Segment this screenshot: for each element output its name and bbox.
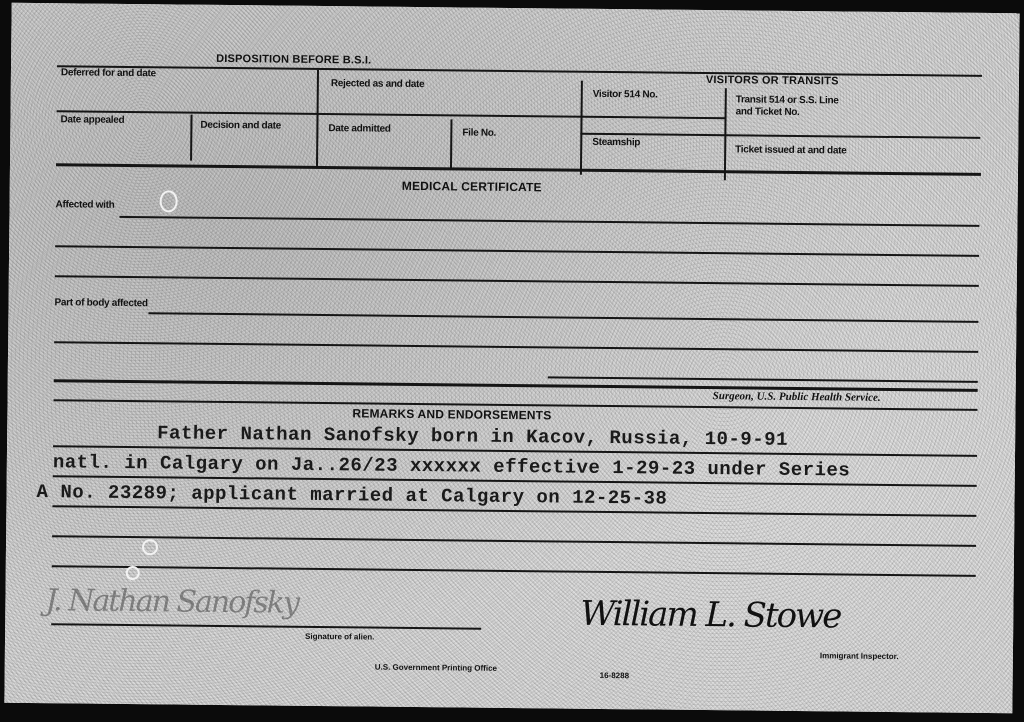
write-line bbox=[148, 312, 978, 323]
write-line bbox=[52, 535, 976, 547]
form-number: 16-8288 bbox=[600, 671, 629, 680]
ticket-label: Ticket issued at and date bbox=[735, 144, 846, 156]
surgeon-line bbox=[548, 376, 978, 383]
divider bbox=[57, 110, 727, 119]
inspector-caption: Immigrant Inspector. bbox=[820, 651, 899, 661]
punch-mark bbox=[160, 190, 178, 212]
alien-signature: J. Nathan Sanofsky bbox=[45, 583, 298, 621]
write-line bbox=[119, 216, 979, 227]
inspector-signature: William L. Stowe bbox=[580, 594, 840, 637]
part-of-body-label: Part of body affected bbox=[54, 297, 147, 309]
steamship-label: Steamship bbox=[592, 137, 640, 149]
signature-line bbox=[51, 623, 481, 630]
punch-mark bbox=[126, 566, 140, 580]
divider bbox=[57, 65, 982, 77]
decision-label: Decision and date bbox=[200, 120, 281, 132]
write-line bbox=[54, 341, 978, 353]
divider bbox=[56, 163, 981, 176]
write-line bbox=[52, 565, 976, 577]
divider bbox=[580, 133, 980, 139]
visitor-no-label: Visitor 514 No. bbox=[593, 89, 658, 101]
document-card: DISPOSITION BEFORE B.S.I. Deferred for a… bbox=[4, 3, 1019, 714]
medical-title: MEDICAL CERTIFICATE bbox=[402, 179, 542, 194]
transit-label-2: and Ticket No. bbox=[736, 106, 800, 118]
rejected-label: Rejected as and date bbox=[331, 78, 425, 90]
punch-mark bbox=[142, 539, 158, 555]
file-no-label: File No. bbox=[462, 127, 496, 138]
deferred-label: Deferred for and date bbox=[61, 67, 156, 79]
write-line bbox=[55, 245, 979, 257]
divider bbox=[190, 115, 192, 161]
transit-label: Transit 514 or S.S. Line bbox=[736, 94, 839, 106]
write-line bbox=[55, 275, 979, 287]
date-admitted-label: Date admitted bbox=[328, 123, 390, 135]
divider bbox=[316, 70, 319, 166]
alien-signature-caption: Signature of alien. bbox=[305, 632, 374, 642]
divider bbox=[450, 119, 453, 169]
surgeon-caption: Surgeon, U.S. Public Health Service. bbox=[713, 390, 881, 404]
affected-with-label: Affected with bbox=[56, 199, 115, 211]
remarks-title: REMARKS AND ENDORSEMENTS bbox=[352, 406, 551, 422]
disposition-title: DISPOSITION BEFORE B.S.I. bbox=[216, 53, 371, 67]
date-appealed-label: Date appealed bbox=[60, 114, 124, 126]
visitors-title: VISITORS OR TRANSITS bbox=[706, 74, 839, 87]
divider bbox=[580, 81, 583, 175]
printer-imprint: U.S. Government Printing Office bbox=[375, 663, 497, 673]
